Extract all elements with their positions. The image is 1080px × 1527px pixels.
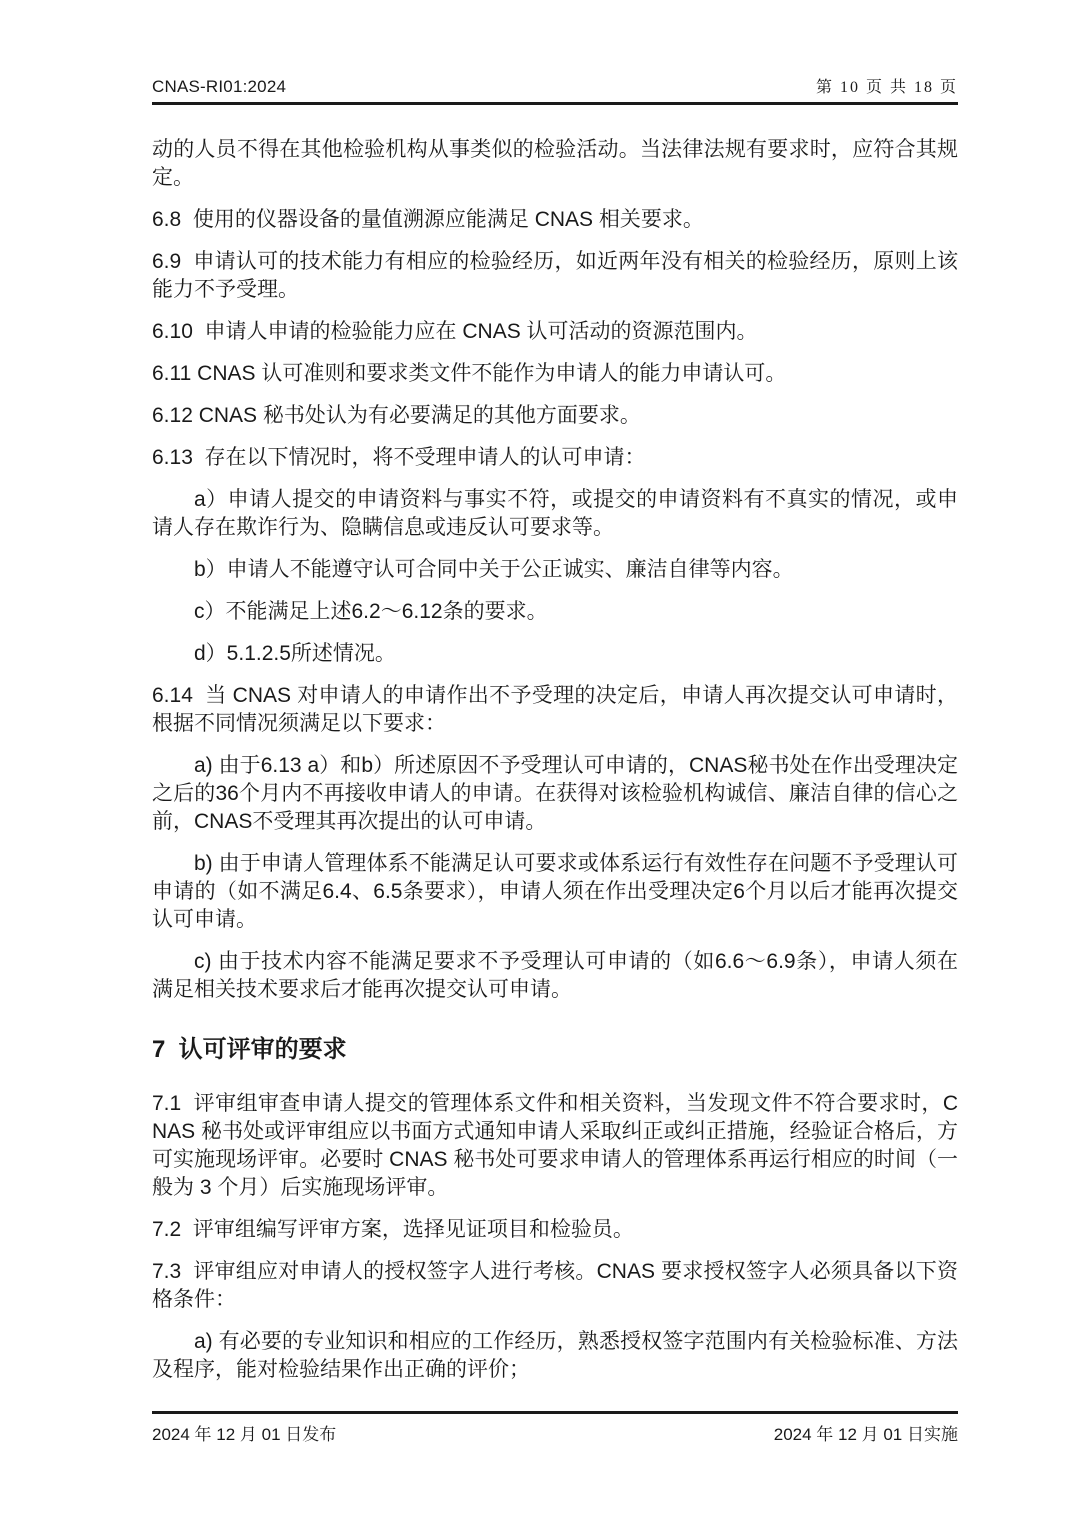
document-body: 动的人员不得在其他检验机构从事类似的检验活动。当法律法规有要求时，应符合其规定。… — [152, 122, 958, 1398]
document-page: CNAS-RI01:2024 第 10 页 共 18 页 动的人员不得在其他检验… — [0, 0, 1080, 1527]
document-code: CNAS-RI01:2024 — [152, 77, 286, 97]
clause-7-1: 7.1 评审组审查申请人提交的管理体系文件和相关资料，当发现文件不符合要求时，C… — [152, 1090, 958, 1202]
page-header: CNAS-RI01:2024 第 10 页 共 18 页 — [152, 74, 958, 105]
clause-6-12: 6.12 CNAS 秘书处认为有必要满足的其他方面要求。 — [152, 402, 958, 430]
clause-6-8: 6.8 使用的仪器设备的量值溯源应能满足 CNAS 相关要求。 — [152, 206, 958, 234]
section-7-heading: 7 认可评审的要求 — [152, 1034, 958, 1066]
clause-6-13: 6.13 存在以下情况时，将不受理申请人的认可申请： — [152, 444, 958, 472]
clause-6-13-item-c: c）不能满足上述6.2～6.12条的要求。 — [152, 598, 958, 626]
implementation-date: 2024 年 12 月 01 日实施 — [774, 1420, 958, 1445]
issue-date: 2024 年 12 月 01 日发布 — [152, 1420, 336, 1445]
clause-6-14-item-a: a) 由于6.13 a）和b）所述原因不予受理认可申请的，CNAS秘书处在作出受… — [152, 752, 958, 836]
page-footer: 2024 年 12 月 01 日发布 2024 年 12 月 01 日实施 — [152, 1411, 958, 1445]
clause-6-14: 6.14 当 CNAS 对申请人的申请作出不予受理的决定后，申请人再次提交认可申… — [152, 682, 958, 738]
clause-6-11: 6.11 CNAS 认可准则和要求类文件不能作为申请人的能力申请认可。 — [152, 360, 958, 388]
paragraph-continuation: 动的人员不得在其他检验机构从事类似的检验活动。当法律法规有要求时，应符合其规定。 — [152, 136, 958, 192]
clause-6-13-item-a: a）申请人提交的申请资料与事实不符，或提交的申请资料有不真实的情况，或申请人存在… — [152, 486, 958, 542]
clause-6-9: 6.9 申请认可的技术能力有相应的检验经历，如近两年没有相关的检验经历，原则上该… — [152, 248, 958, 304]
clause-6-14-item-c: c) 由于技术内容不能满足要求不予受理认可申请的（如6.6～6.9条），申请人须… — [152, 948, 958, 1004]
clause-6-13-item-b: b）申请人不能遵守认可合同中关于公正诚实、廉洁自律等内容。 — [152, 556, 958, 584]
clause-6-14-item-b: b) 由于申请人管理体系不能满足认可要求或体系运行有效性存在问题不予受理认可申请… — [152, 850, 958, 934]
page-number: 第 10 页 共 18 页 — [816, 74, 958, 97]
clause-6-10: 6.10 申请人申请的检验能力应在 CNAS 认可活动的资源范围内。 — [152, 318, 958, 346]
clause-7-2: 7.2 评审组编写评审方案，选择见证项目和检验员。 — [152, 1216, 958, 1244]
clause-7-3: 7.3 评审组应对申请人的授权签字人进行考核。CNAS 要求授权签字人必须具备以… — [152, 1258, 958, 1314]
clause-7-3-item-a: a) 有必要的专业知识和相应的工作经历，熟悉授权签字范围内有关检验标准、方法及程… — [152, 1328, 958, 1384]
clause-6-13-item-d: d）5.1.2.5所述情况。 — [152, 640, 958, 668]
